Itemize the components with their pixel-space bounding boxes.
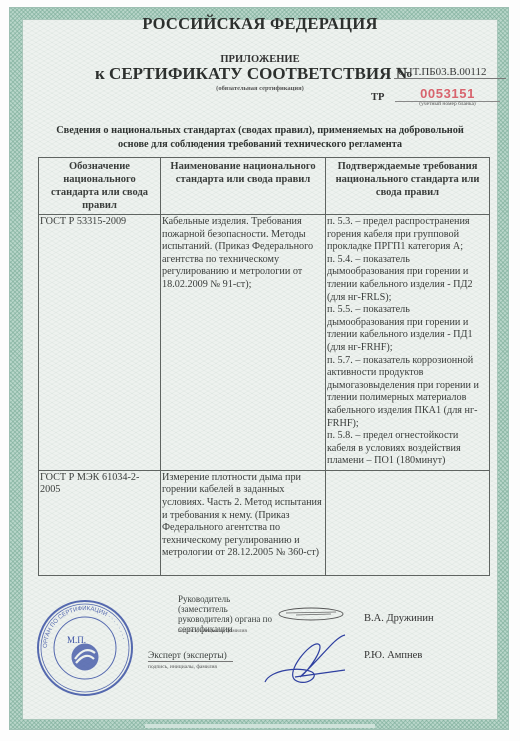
stamp-label: М.П.	[67, 635, 86, 645]
tr-label: ТР	[371, 92, 384, 103]
expert-name: Р.Ю. Ампнев	[364, 650, 422, 661]
table-row: ГОСТ Р 53315-2009 Кабельные изделия. Тре…	[39, 215, 490, 471]
requirement-item: п. 5.4. – показатель дымообразования при…	[327, 254, 488, 304]
expert-signature-icon	[260, 632, 350, 692]
standard-name: Измерение плотности дыма при горении каб…	[161, 470, 326, 575]
table-row: ГОСТ Р МЭК 61034-2-2005 Измерение плотно…	[39, 470, 490, 575]
head-signature-icon	[276, 604, 346, 624]
standard-requirements	[326, 470, 490, 575]
requirement-item: п. 5.3. – предел распространения горения…	[327, 216, 488, 254]
standard-designation: ГОСТ Р 53315-2009	[39, 215, 161, 471]
section-heading: Сведения о национальных стандартах (свод…	[40, 124, 480, 151]
requirement-item: п. 5.7. – показатель коррозионной активн…	[327, 355, 488, 431]
standard-designation: ГОСТ Р МЭК 61034-2-2005	[39, 470, 161, 575]
official-seal-icon: ОРГАН ПО СЕРТИФИКАЦИИ · · · · · · · ·	[35, 597, 135, 699]
expert-caption: подпись, инициалы, фамилия	[148, 664, 217, 670]
certificate-title: к СЕРТИФИКАТУ СООТВЕТСТВИЯ №	[95, 64, 413, 84]
requirement-item: п. 5.5. – показатель дымообразования при…	[327, 304, 488, 354]
column-header-name: Наименование национального стандарта или…	[161, 158, 326, 215]
expert-role: Эксперт (эксперты)	[148, 651, 233, 662]
requirement-item: п. 5.8. – предел огнестойкости кабеля в …	[327, 430, 488, 468]
certification-type: (обязательная сертификация)	[160, 85, 360, 92]
head-name: В.А. Дружинин	[364, 613, 434, 624]
table-header-row: Обозначение национального стандарта или …	[39, 158, 490, 215]
blank-number: 0053151	[395, 86, 500, 102]
column-header-requirements: Подтверждаемые требования национального …	[326, 158, 490, 215]
standards-table: Обозначение национального стандарта или …	[38, 157, 490, 576]
column-header-designation: Обозначение национального стандарта или …	[39, 158, 161, 215]
head-caption: подпись, инициалы, фамилия	[178, 628, 247, 634]
standard-name: Кабельные изделия. Требования пожарной б…	[161, 215, 326, 471]
certificate-number: С-IT.ПБ03.В.00112	[394, 66, 506, 79]
blank-number-note: (учетный номер бланка)	[395, 101, 500, 107]
standard-requirements: п. 5.3. – предел распространения горения…	[326, 215, 490, 471]
footer-microtext	[145, 724, 375, 728]
country-title: РОССИЙСКАЯ ФЕДЕРАЦИЯ	[0, 14, 520, 34]
